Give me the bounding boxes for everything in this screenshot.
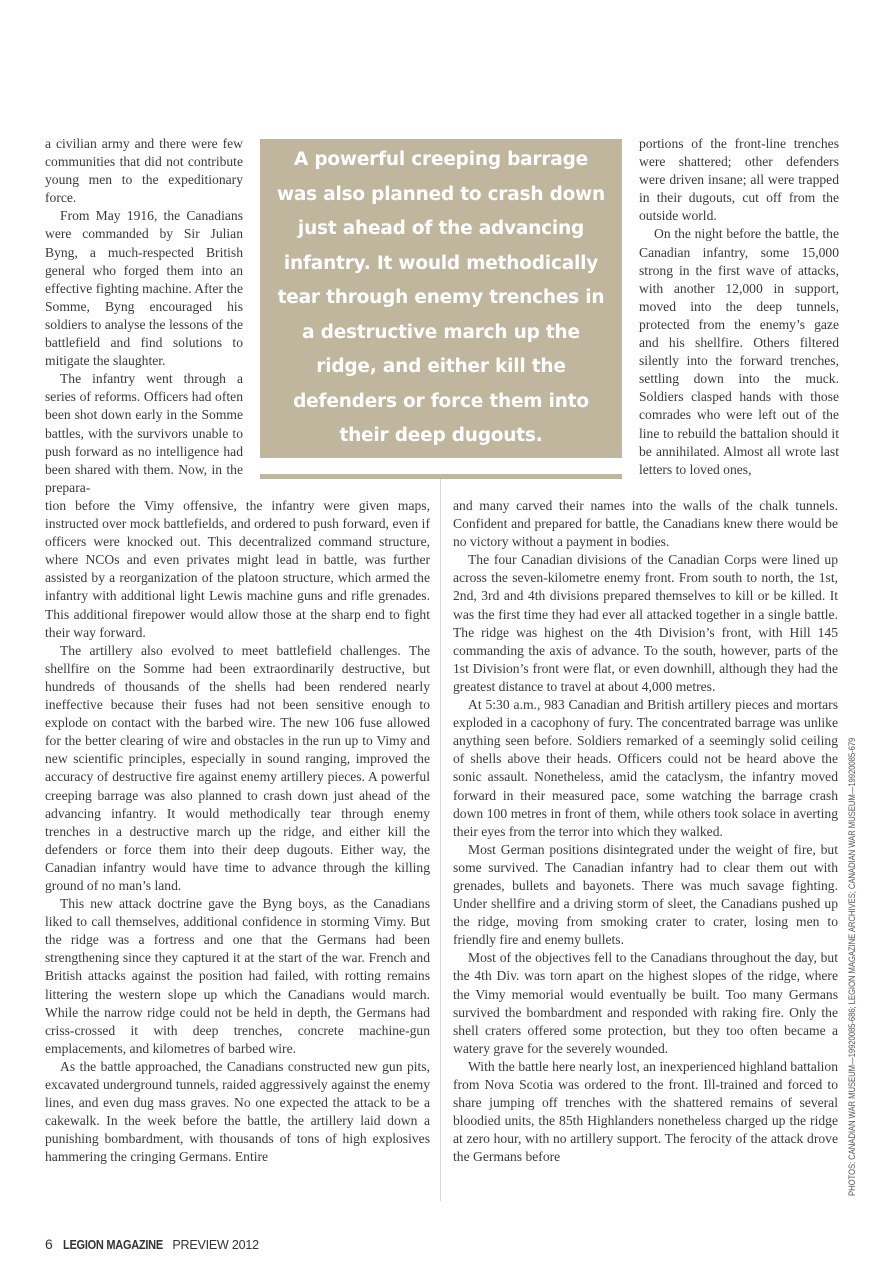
article-column-right: and many carved their names into the wal… <box>453 497 838 1166</box>
paragraph: From May 1916, the Canadians were comman… <box>45 207 243 370</box>
article-column-left-top: a civilian army and there were few commu… <box>45 135 243 497</box>
pull-quote-text: A powerful creeping barrage was also pla… <box>271 143 611 454</box>
page-footer: 6 LEGION MAGAZINE PREVIEW 2012 <box>45 1236 259 1252</box>
photo-credit: PHOTOS: CANADIAN WAR MUSEUM—19920085-686… <box>847 663 857 1196</box>
pull-quote-box: A powerful creeping barrage was also pla… <box>260 139 622 458</box>
paragraph: and many carved their names into the wal… <box>453 497 838 551</box>
paragraph: a civilian army and there were few commu… <box>45 135 243 207</box>
paragraph: As the battle approached, the Canadians … <box>45 1058 430 1167</box>
paragraph: portions of the front-line trenches were… <box>639 135 839 225</box>
magazine-page: a civilian army and there were few commu… <box>0 0 882 1280</box>
issue-label: PREVIEW 2012 <box>172 1238 259 1252</box>
paragraph: The four Canadian divisions of the Canad… <box>453 551 838 696</box>
paragraph: Most German positions disintegrated unde… <box>453 841 838 950</box>
paragraph: tion before the Vimy offensive, the infa… <box>45 497 430 642</box>
column-divider <box>440 479 441 1201</box>
article-column-left: tion before the Vimy offensive, the infa… <box>45 497 430 1166</box>
paragraph: At 5:30 a.m., 983 Canadian and British a… <box>453 696 838 841</box>
paragraph: The infantry went through a series of re… <box>45 370 243 497</box>
pull-quote-rule <box>260 474 622 479</box>
paragraph: Most of the objectives fell to the Canad… <box>453 949 838 1058</box>
article-column-right-top: portions of the front-line trenches were… <box>639 135 839 479</box>
magazine-name: LEGION MAGAZINE <box>63 1238 163 1252</box>
page-number: 6 <box>45 1236 53 1252</box>
photo-credit-text: PHOTOS: CANADIAN WAR MUSEUM—19920085-686… <box>847 738 857 1196</box>
paragraph: This new attack doctrine gave the Byng b… <box>45 895 430 1058</box>
paragraph: The artillery also evolved to meet battl… <box>45 642 430 895</box>
paragraph: With the battle here nearly lost, an ine… <box>453 1058 838 1167</box>
paragraph: On the night before the battle, the Cana… <box>639 225 839 478</box>
